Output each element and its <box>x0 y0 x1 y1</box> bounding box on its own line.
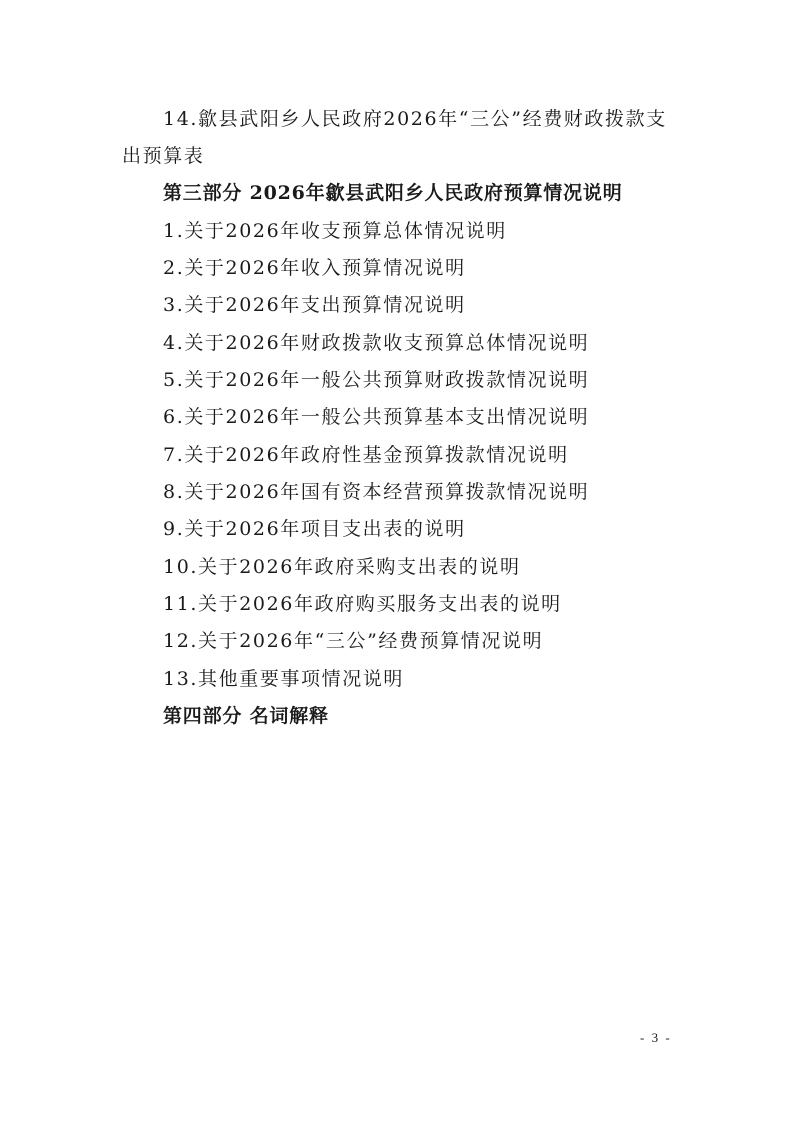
toc-item-10: 10.关于2026年政府采购支出表的说明 <box>163 555 521 579</box>
toc-item-14-continuation: 出预算表 <box>122 144 204 168</box>
section-heading-part-3: 第三部分 2026年歙县武阳乡人民政府预算情况说明 <box>163 181 623 205</box>
toc-item-4: 4.关于2026年财政拨款收支预算总体情况说明 <box>163 331 589 355</box>
section-heading-part-4: 第四部分 名词解释 <box>163 704 329 728</box>
toc-item-7: 7.关于2026年政府性基金预算拨款情况说明 <box>163 443 569 467</box>
toc-item-14: 14.歙县武阳乡人民政府2026年“三公”经费财政拨款支 <box>163 107 667 131</box>
document-page: 14.歙县武阳乡人民政府2026年“三公”经费财政拨款支 出预算表 第三部分 2… <box>0 0 793 1122</box>
toc-item-3: 3.关于2026年支出预算情况说明 <box>163 293 466 317</box>
toc-item-6: 6.关于2026年一般公共预算基本支出情况说明 <box>163 405 589 429</box>
toc-item-11: 11.关于2026年政府购买服务支出表的说明 <box>163 592 562 616</box>
toc-item-5: 5.关于2026年一般公共预算财政拨款情况说明 <box>163 368 589 392</box>
toc-item-8: 8.关于2026年国有资本经营预算拨款情况说明 <box>163 480 589 504</box>
toc-item-2: 2.关于2026年收入预算情况说明 <box>163 256 466 280</box>
toc-item-1: 1.关于2026年收支预算总体情况说明 <box>163 219 507 243</box>
toc-item-12: 12.关于2026年“三公”经费预算情况说明 <box>163 629 543 653</box>
toc-item-9: 9.关于2026年项目支出表的说明 <box>163 517 466 541</box>
toc-item-13: 13.其他重要事项情况说明 <box>163 667 404 691</box>
page-number: - 3 - <box>640 1030 672 1046</box>
